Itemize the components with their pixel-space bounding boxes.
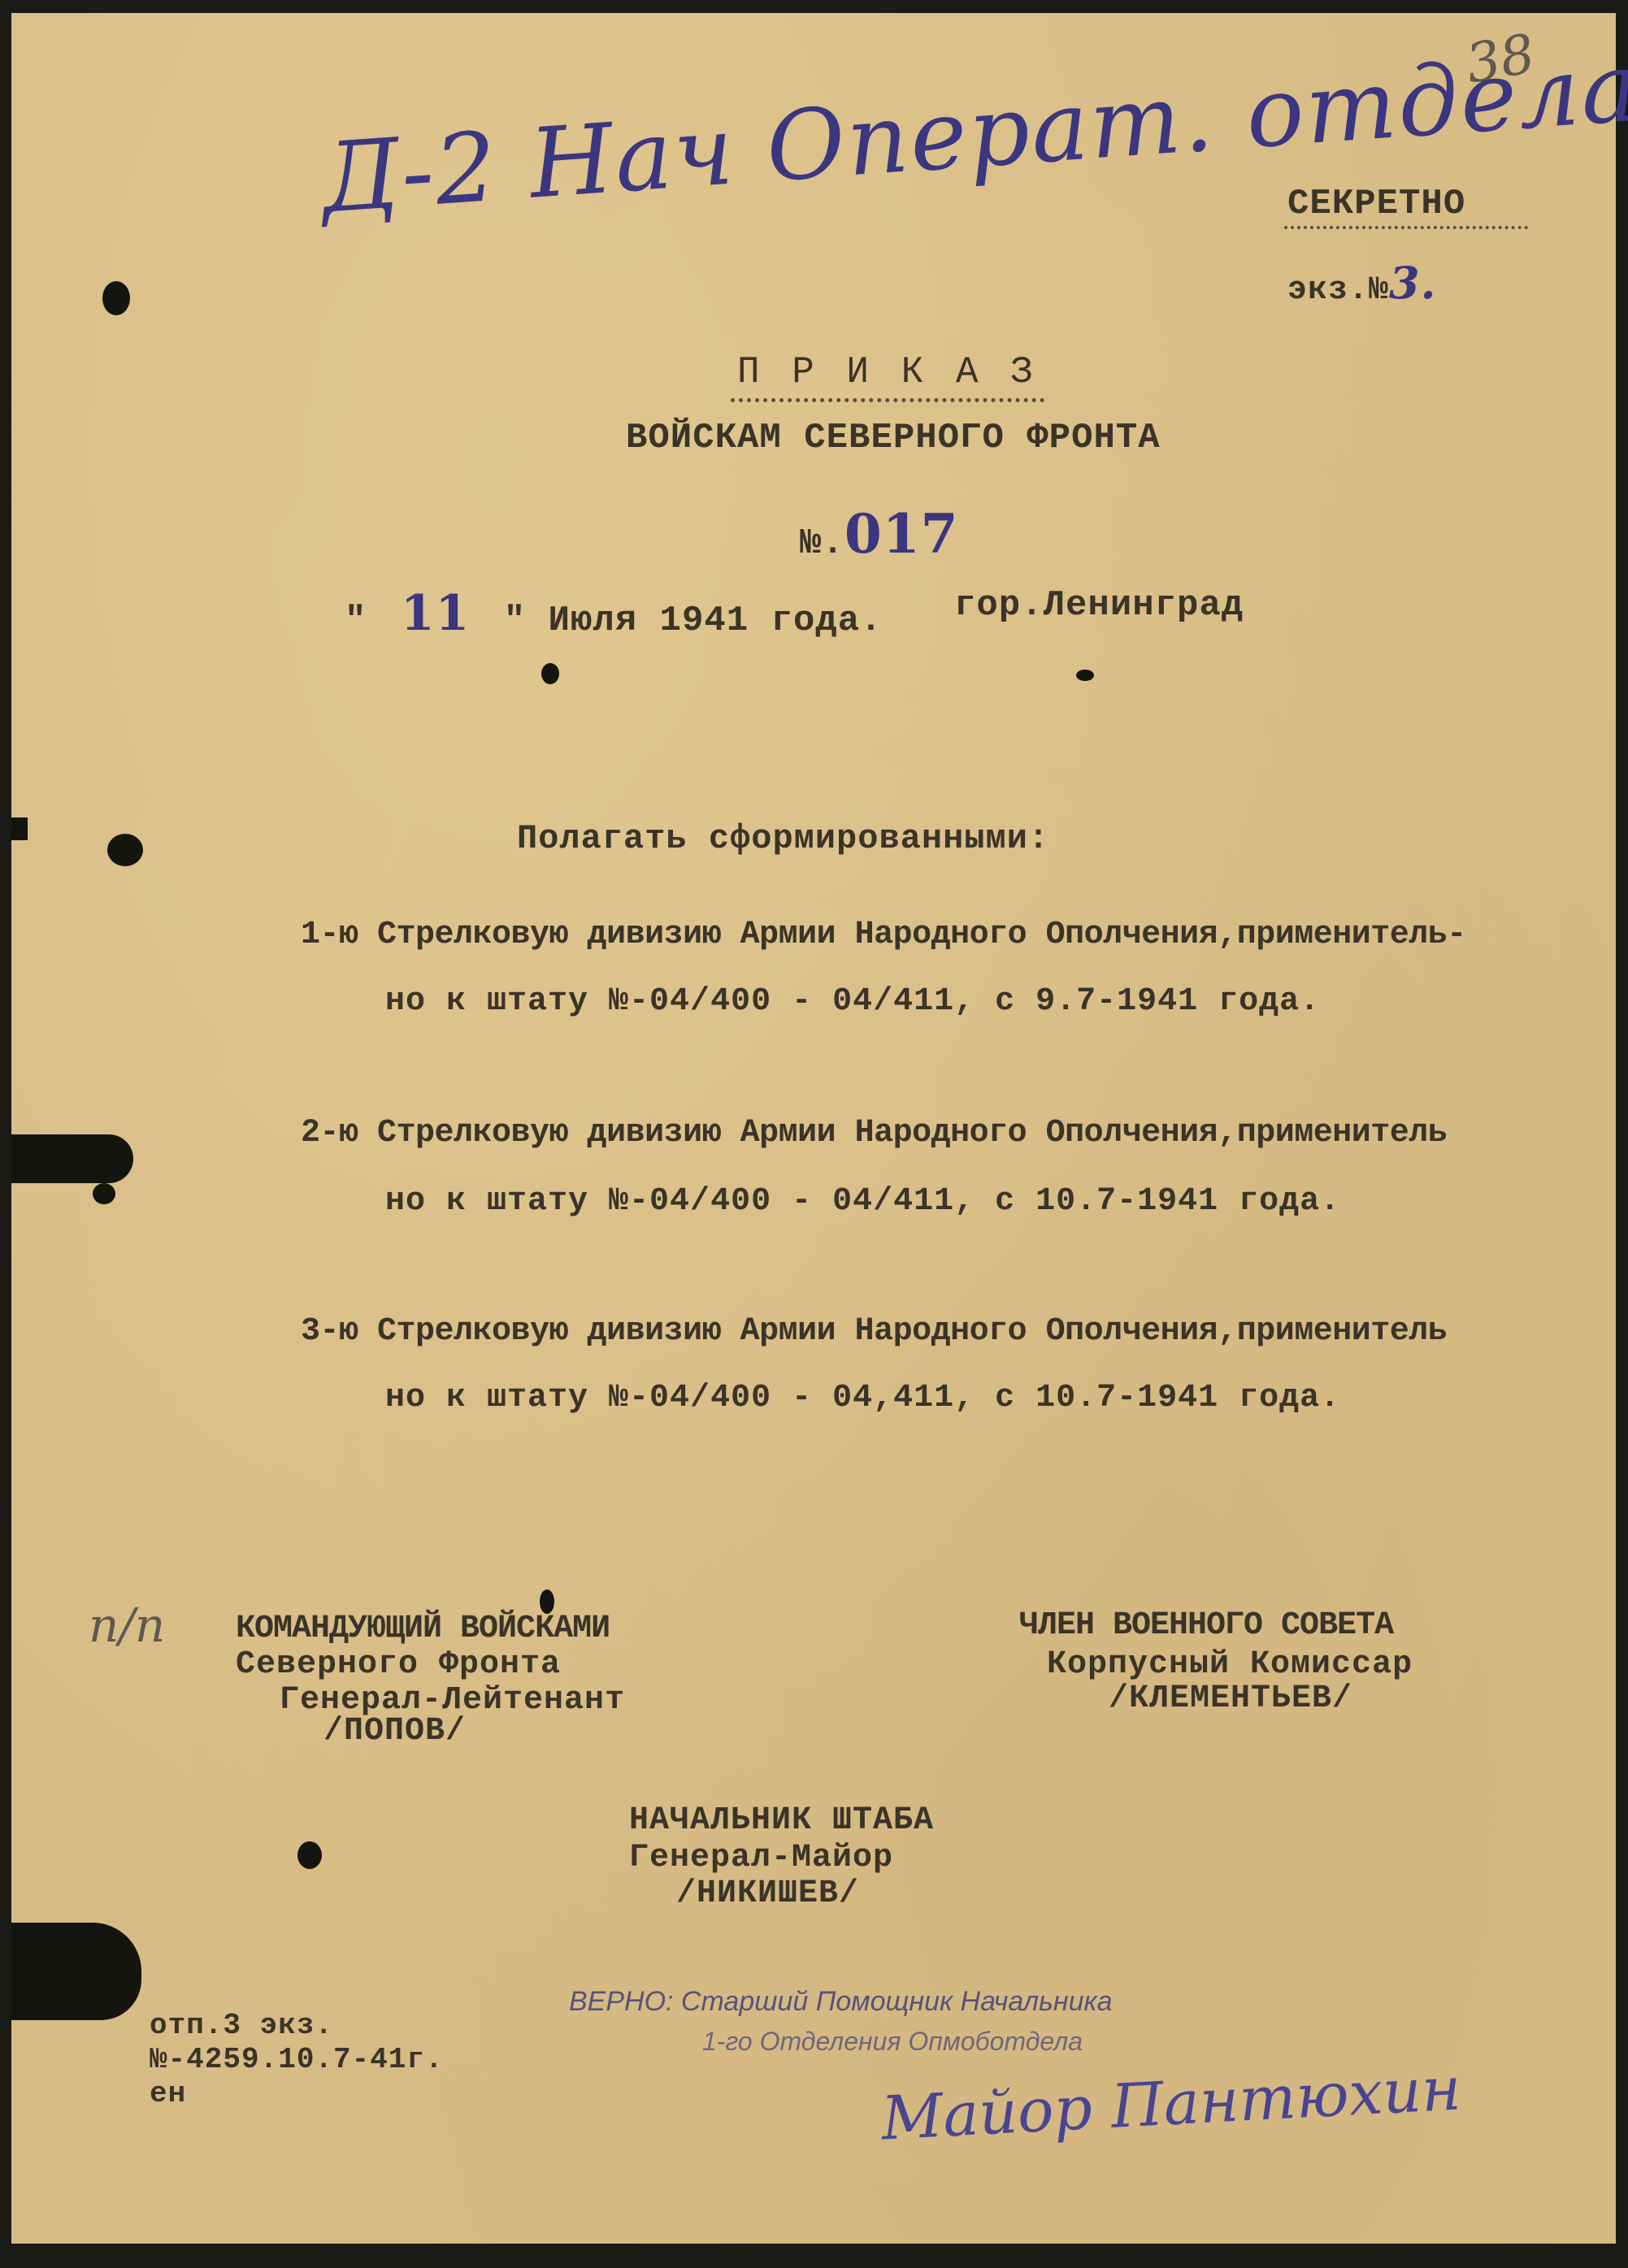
council-member-rank: Корпусный Комиссар <box>1047 1646 1413 1683</box>
copy-label: экз.№ <box>1287 272 1389 309</box>
order-item-line2: но к штату №-04/400 - 04/411, с 9.7-1941… <box>385 983 1320 1020</box>
document-page: 38 Д-2 Нач Операт. отдела СЕКРЕТНО экз.№… <box>11 13 1616 2244</box>
date-open-quote: " <box>345 601 367 641</box>
copy-number: 3. <box>1389 257 1436 309</box>
order-item-line2: но к штату №-04/400 - 04/411, с 10.7-194… <box>385 1183 1340 1220</box>
certification-line1: ВЕРНО: Старший Помощник Начальника <box>569 1986 1113 2018</box>
edge-tear <box>11 817 28 840</box>
order-item-line1: 3-ю Стрелковую дивизию Армии Народного О… <box>301 1313 1447 1350</box>
punch-hole <box>107 834 143 866</box>
dispatch-copies: отп.3 экз. <box>150 2009 333 2042</box>
commander-title: КОМАНДУЮЩИЙ ВОЙСКАМИ <box>236 1611 610 1647</box>
order-number-line: №.017 <box>800 502 959 566</box>
chief-of-staff-rank: Генерал-Майор <box>629 1840 893 1876</box>
order-subheading: ВОЙСКАМ СЕВЕРНОГО ФРОНТА <box>626 418 1161 458</box>
order-item-line1: 2-ю Стрелковую дивизию Армии Народного О… <box>301 1115 1447 1151</box>
chief-of-staff-title: НАЧАЛЬНИК ШТАБА <box>629 1802 934 1839</box>
punch-hole <box>102 281 130 315</box>
dispatch-register-number: №-4259.10.7-41г. <box>150 2043 444 2076</box>
margin-mark: п/п <box>89 1598 165 1653</box>
order-heading: П Р И К А З <box>731 351 1044 402</box>
order-number: 017 <box>844 502 959 566</box>
punch-hole <box>541 663 559 684</box>
punch-hole <box>297 1841 322 1869</box>
date-line: " 11 " Июля 1941 года. <box>345 585 883 642</box>
date-month-year: Июля 1941 года. <box>549 601 883 641</box>
council-member-title: ЧЛЕН ВОЕННОГО СОВЕТА <box>1019 1607 1393 1644</box>
body-intro: Полагать сформированными: <box>517 819 1049 858</box>
order-item-line2: но к штату №-04/400 - 04,411, с 10.7-194… <box>385 1380 1340 1416</box>
punch-hole <box>93 1183 115 1204</box>
date-place: гор.Ленинград <box>954 585 1244 626</box>
commander-name: /ПОПОВ/ <box>323 1713 466 1750</box>
date-day: 11 <box>389 585 482 642</box>
date-close-quote: " <box>504 601 526 641</box>
copy-number-line: экз.№3. <box>1287 257 1436 309</box>
chief-of-staff-name: /НИКИШЕВ/ <box>676 1876 859 1912</box>
classification-underline <box>1284 226 1528 229</box>
dispatch-typist-initials: ен <box>150 2077 186 2110</box>
certification-signature: Майор Пантюхин <box>879 2053 1462 2153</box>
classification-label: СЕКРЕТНО <box>1287 184 1465 224</box>
commander-front: Северного Фронта <box>236 1646 561 1683</box>
edge-tear <box>11 1134 133 1183</box>
certification-line2: 1-го Отделения Опмоботдела <box>702 2027 1083 2057</box>
order-number-prefix: №. <box>800 523 844 564</box>
council-member-name: /КЛЕМЕНТЬЕВ/ <box>1109 1680 1352 1717</box>
punch-hole <box>1076 670 1094 681</box>
edge-tear <box>11 1923 141 2020</box>
order-item-line1: 1-ю Стрелковую дивизию Армии Народного О… <box>301 917 1466 953</box>
